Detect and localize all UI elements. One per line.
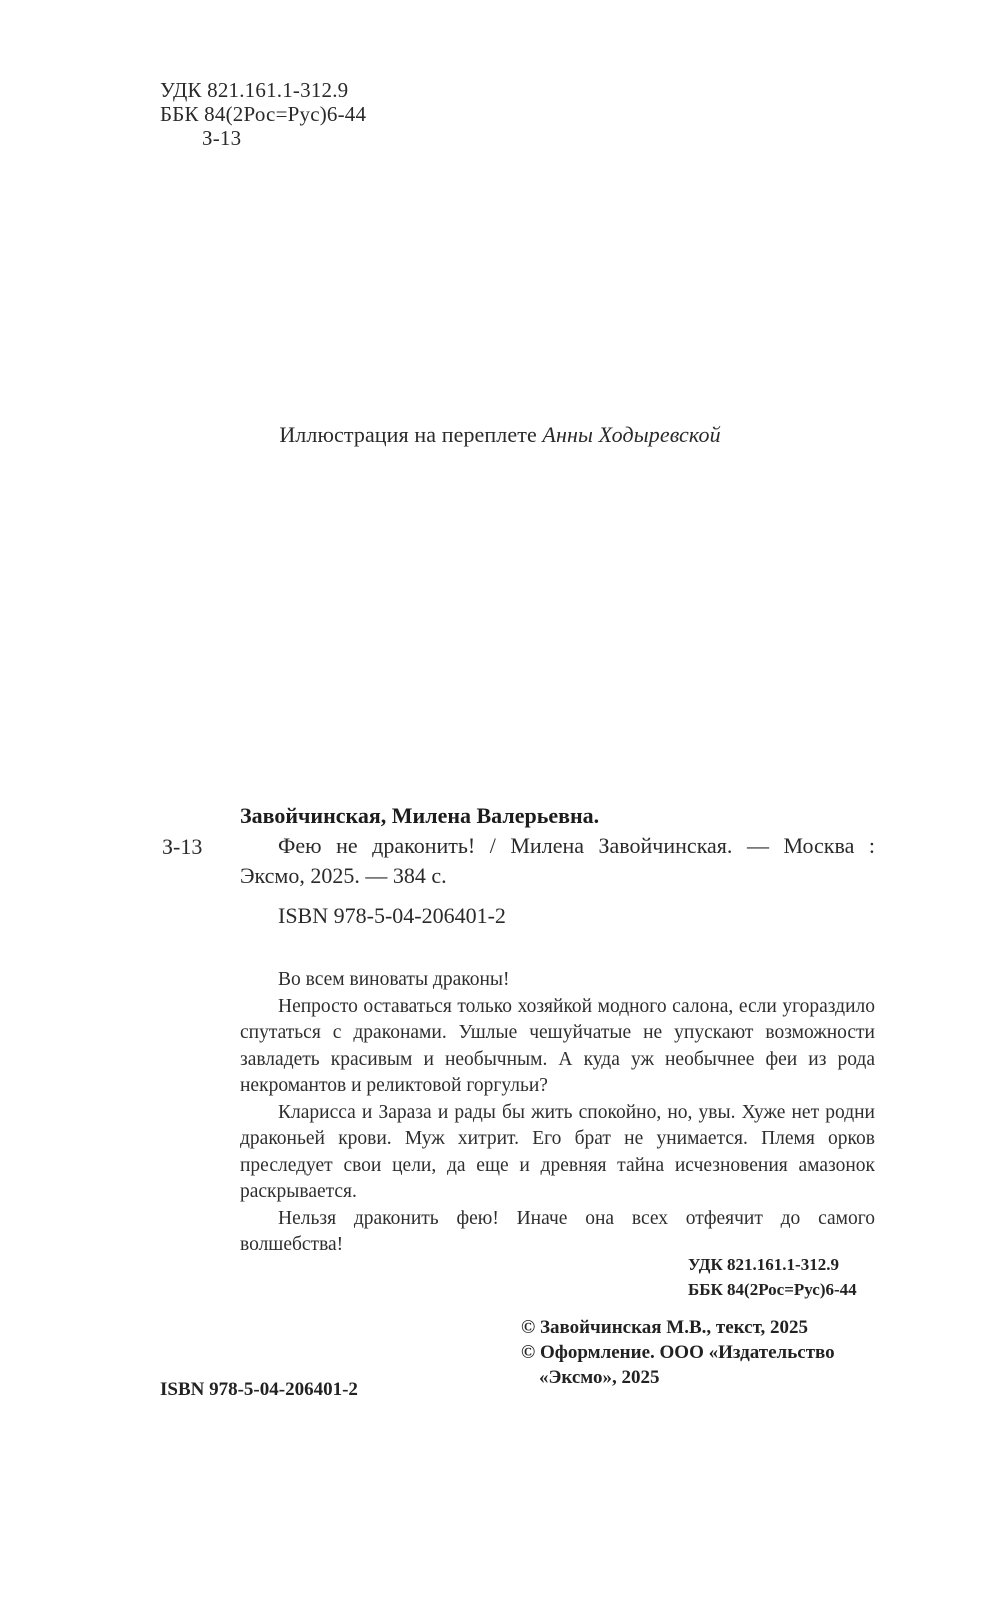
bbk-code: ББК 84(2Рос=Рус)6-44 — [160, 102, 366, 126]
catalog-description: Фею не драконить! / Милена Завойчинская.… — [240, 831, 875, 891]
udk-code: УДК 821.161.1-312.9 — [160, 78, 366, 102]
illustration-artist: Анны Ходыревской — [542, 422, 720, 447]
copyright-design-line1: © Оформление. ООО «Издательство — [521, 1340, 835, 1365]
annotation-paragraph: Во всем виноваты драконы! — [240, 967, 875, 994]
catalog-description-line1: Фею не драконить! / Милена Завойчинская.… — [240, 831, 875, 861]
catalog-author-mark: З-13 — [162, 834, 202, 860]
footer-classification-codes: УДК 821.161.1-312.9 ББК 84(2Рос=Рус)6-44 — [688, 1252, 857, 1302]
footer-isbn: ISBN 978-5-04-206401-2 — [160, 1379, 358, 1401]
footer-udk-code: УДК 821.161.1-312.9 — [688, 1252, 857, 1277]
illustration-credit-prefix: Иллюстрация на переплете — [279, 422, 542, 447]
copyright-text: © Завойчинская М.В., текст, 2025 — [521, 1315, 835, 1340]
catalog-isbn: ISBN 978-5-04-206401-2 — [278, 903, 506, 929]
annotation: Во всем виноваты драконы! Непросто остав… — [240, 967, 875, 1259]
header-classification-codes: УДК 821.161.1-312.9 ББК 84(2Рос=Рус)6-44… — [160, 78, 366, 150]
catalog-author: Завойчинская, Милена Валерьевна. — [240, 803, 599, 829]
copyright-block: © Завойчинская М.В., текст, 2025 © Оформ… — [521, 1315, 835, 1390]
footer-bbk-code: ББК 84(2Рос=Рус)6-44 — [688, 1277, 857, 1302]
illustration-credit: Иллюстрация на переплете Анны Ходыревско… — [0, 422, 1000, 448]
author-mark: З-13 — [160, 126, 366, 150]
copyright-design-line2: «Эксмо», 2025 — [521, 1365, 835, 1390]
catalog-description-line2: Эксмо, 2025. — 384 с. — [240, 863, 447, 888]
annotation-paragraph: Кларисса и Зараза и рады бы жить спокойн… — [240, 1100, 875, 1206]
annotation-paragraph: Непросто оставаться только хозяйкой модн… — [240, 994, 875, 1100]
annotation-paragraph: Нельзя драконить фею! Иначе она всех отф… — [240, 1206, 875, 1259]
